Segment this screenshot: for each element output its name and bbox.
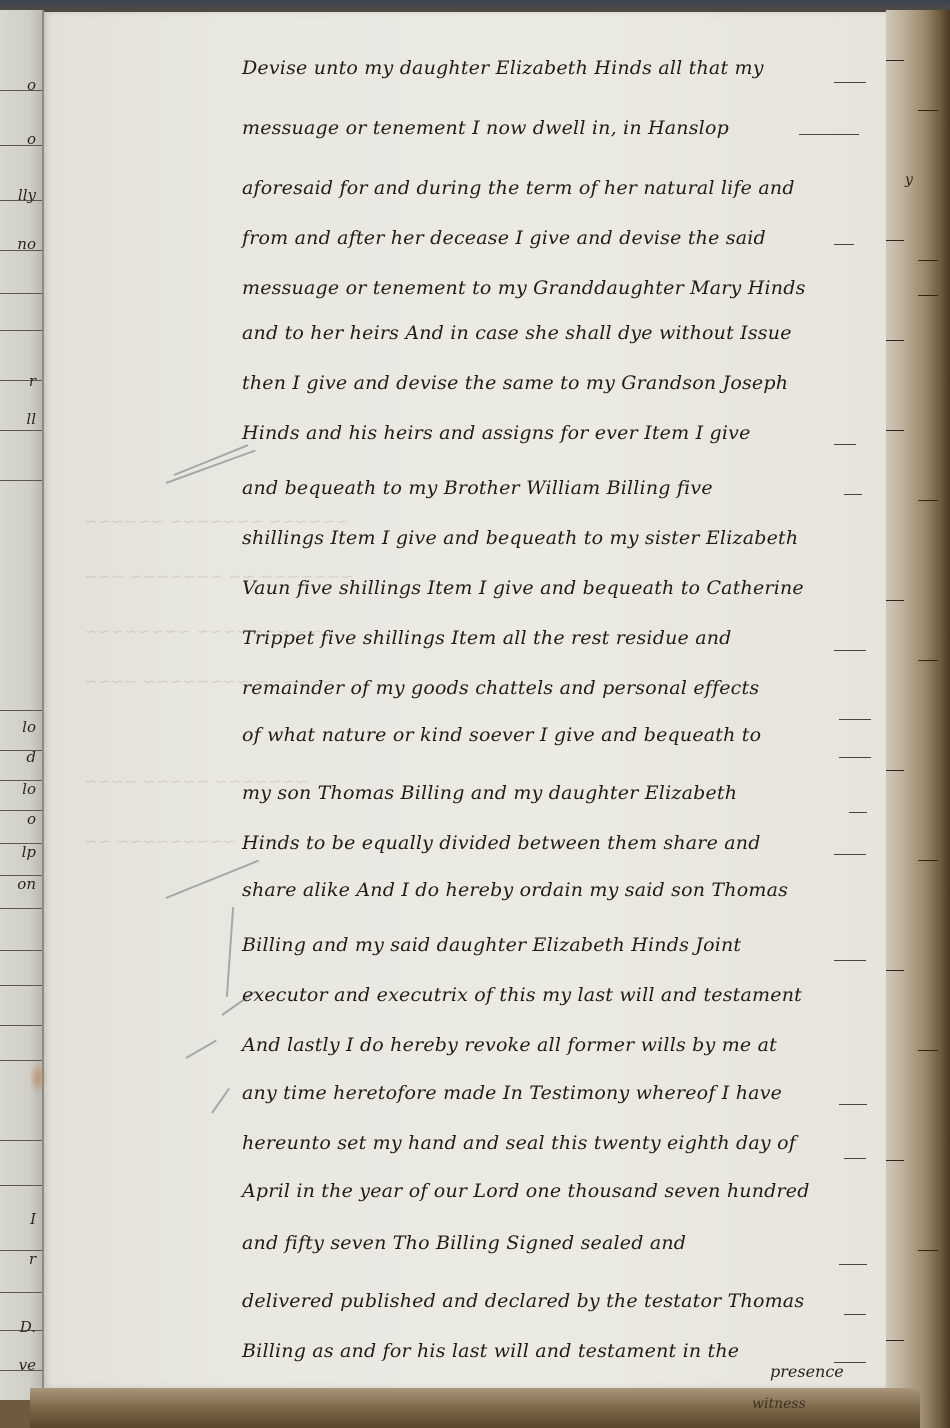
edge-tick xyxy=(886,770,904,771)
edge-tick xyxy=(886,340,904,341)
edge-tick xyxy=(918,260,938,261)
ruled-line xyxy=(0,1025,42,1026)
left-page-fragment: D. xyxy=(20,1318,36,1336)
line-filler-dash xyxy=(834,854,866,855)
line-filler-dash xyxy=(834,960,866,961)
pencil-mark xyxy=(186,1040,217,1059)
ruled-line xyxy=(0,1140,42,1141)
book-fore-edge xyxy=(886,10,950,1428)
ruled-line xyxy=(0,1060,42,1061)
line-filler-dash xyxy=(849,812,867,813)
edge-tick xyxy=(918,500,938,501)
line-filler-dash xyxy=(839,757,871,758)
left-page-fragment: ve xyxy=(19,1356,36,1374)
manuscript-page: ~~~~~~ ~~~~~~~ ~~~~~~ ~~~~~~~ ~~ ~~~~~~~… xyxy=(44,12,886,1388)
edge-tick xyxy=(918,660,938,661)
line-filler-dash xyxy=(844,1158,866,1159)
manuscript-line: Hinds to be equally divided between them… xyxy=(242,832,761,854)
line-filler-dash xyxy=(834,244,854,245)
edge-tick xyxy=(918,295,938,296)
left-page-fragment: d xyxy=(26,748,36,766)
manuscript-line: Devise unto my daughter Elizabeth Hinds … xyxy=(242,57,764,79)
ruled-line xyxy=(0,330,42,331)
line-filler-dash xyxy=(839,1264,867,1265)
ruled-line xyxy=(0,480,42,481)
ruled-line xyxy=(0,908,42,909)
catchword-show-through: witness xyxy=(752,1396,806,1412)
manuscript-line: from and after her decease I give and de… xyxy=(242,227,766,249)
manuscript-line: delivered published and declared by the … xyxy=(242,1290,804,1312)
manuscript-line: messuage or tenement to my Granddaughter… xyxy=(242,277,806,299)
manuscript-line: share alike And I do hereby ordain my sa… xyxy=(242,879,788,901)
ruled-line xyxy=(0,950,42,951)
line-filler-dash xyxy=(844,1314,866,1315)
line-filler-dash xyxy=(834,444,856,445)
manuscript-line: Trippet five shillings Item all the rest… xyxy=(242,627,732,649)
line-filler-dash xyxy=(799,134,859,135)
manuscript-line: hereunto set my hand and seal this twent… xyxy=(242,1132,796,1154)
manuscript-line: Billing as and for his last will and tes… xyxy=(242,1340,739,1362)
left-page-fragment: lo xyxy=(22,780,36,798)
line-filler-dash xyxy=(839,719,871,720)
line-filler-dash xyxy=(834,82,866,83)
left-page-fragment: lp xyxy=(22,843,36,861)
ruled-line xyxy=(0,710,42,711)
manuscript-line: remainder of my goods chattels and perso… xyxy=(242,677,759,699)
edge-tick xyxy=(918,1250,938,1251)
manuscript-line: Billing and my said daughter Elizabeth H… xyxy=(242,934,741,956)
manuscript-line: and fifty seven Tho Billing Signed seale… xyxy=(242,1232,686,1254)
ruled-line xyxy=(0,1292,42,1293)
manuscript-line: executor and executrix of this my last w… xyxy=(242,984,802,1006)
ruled-line xyxy=(0,985,42,986)
page-stain xyxy=(30,1062,46,1094)
manuscript-line: Hinds and his heirs and assigns for ever… xyxy=(242,422,751,444)
manuscript-line: April in the year of our Lord one thousa… xyxy=(242,1180,810,1202)
ruled-line xyxy=(0,430,42,431)
manuscript-line: of what nature or kind soever I give and… xyxy=(242,724,761,746)
edge-tick xyxy=(886,1340,904,1341)
edge-tick xyxy=(886,970,904,971)
manuscript-line: my son Thomas Billing and my daughter El… xyxy=(242,782,737,804)
manuscript-line: and to her heirs And in case she shall d… xyxy=(242,322,792,344)
right-margin-mark: y xyxy=(905,172,913,188)
manuscript-line: aforesaid for and during the term of her… xyxy=(242,177,795,199)
manuscript-line: shillings Item I give and bequeath to my… xyxy=(242,527,798,549)
line-filler-dash xyxy=(839,1104,867,1105)
left-page-fragment: lo xyxy=(22,718,36,736)
left-page-fragment: o xyxy=(27,810,36,828)
left-page-fragment: no xyxy=(17,235,36,253)
left-page-fragment: r xyxy=(29,1250,36,1268)
manuscript-line: and bequeath to my Brother William Billi… xyxy=(242,477,713,499)
edge-tick xyxy=(886,240,904,241)
left-page-fragment: o xyxy=(27,130,36,148)
manuscript-line: any time heretofore made In Testimony wh… xyxy=(242,1082,782,1104)
ruled-line xyxy=(0,1185,42,1186)
left-page-fragment: I xyxy=(30,1210,36,1228)
left-page-fragment: ll xyxy=(26,410,36,428)
edge-tick xyxy=(886,600,904,601)
ruled-line xyxy=(0,293,42,294)
line-filler-dash xyxy=(844,494,862,495)
edge-tick xyxy=(918,860,938,861)
left-page-fragment: lly xyxy=(18,186,36,204)
manuscript-line: then I give and devise the same to my Gr… xyxy=(242,372,788,394)
edge-tick xyxy=(918,110,938,111)
edge-tick xyxy=(918,1050,938,1051)
line-filler-dash xyxy=(834,650,866,651)
edge-tick xyxy=(886,60,904,61)
edge-tick xyxy=(886,1160,904,1161)
left-page-fragment: on xyxy=(17,875,36,893)
catchword: presence xyxy=(770,1362,844,1381)
pencil-mark xyxy=(211,1088,230,1114)
left-page-fragment: r xyxy=(29,372,36,390)
left-page-fragment: o xyxy=(27,76,36,94)
manuscript-line: And lastly I do hereby revoke all former… xyxy=(242,1034,777,1056)
left-facing-page: o o lly no r ll lo d lo o lp on I r D. v… xyxy=(0,10,44,1400)
manuscript-line: Vaun five shillings Item I give and bequ… xyxy=(242,577,804,599)
pencil-mark xyxy=(226,907,234,997)
edge-tick xyxy=(886,430,904,431)
manuscript-line: messuage or tenement I now dwell in, in … xyxy=(242,117,729,139)
pencil-mark xyxy=(174,444,249,476)
